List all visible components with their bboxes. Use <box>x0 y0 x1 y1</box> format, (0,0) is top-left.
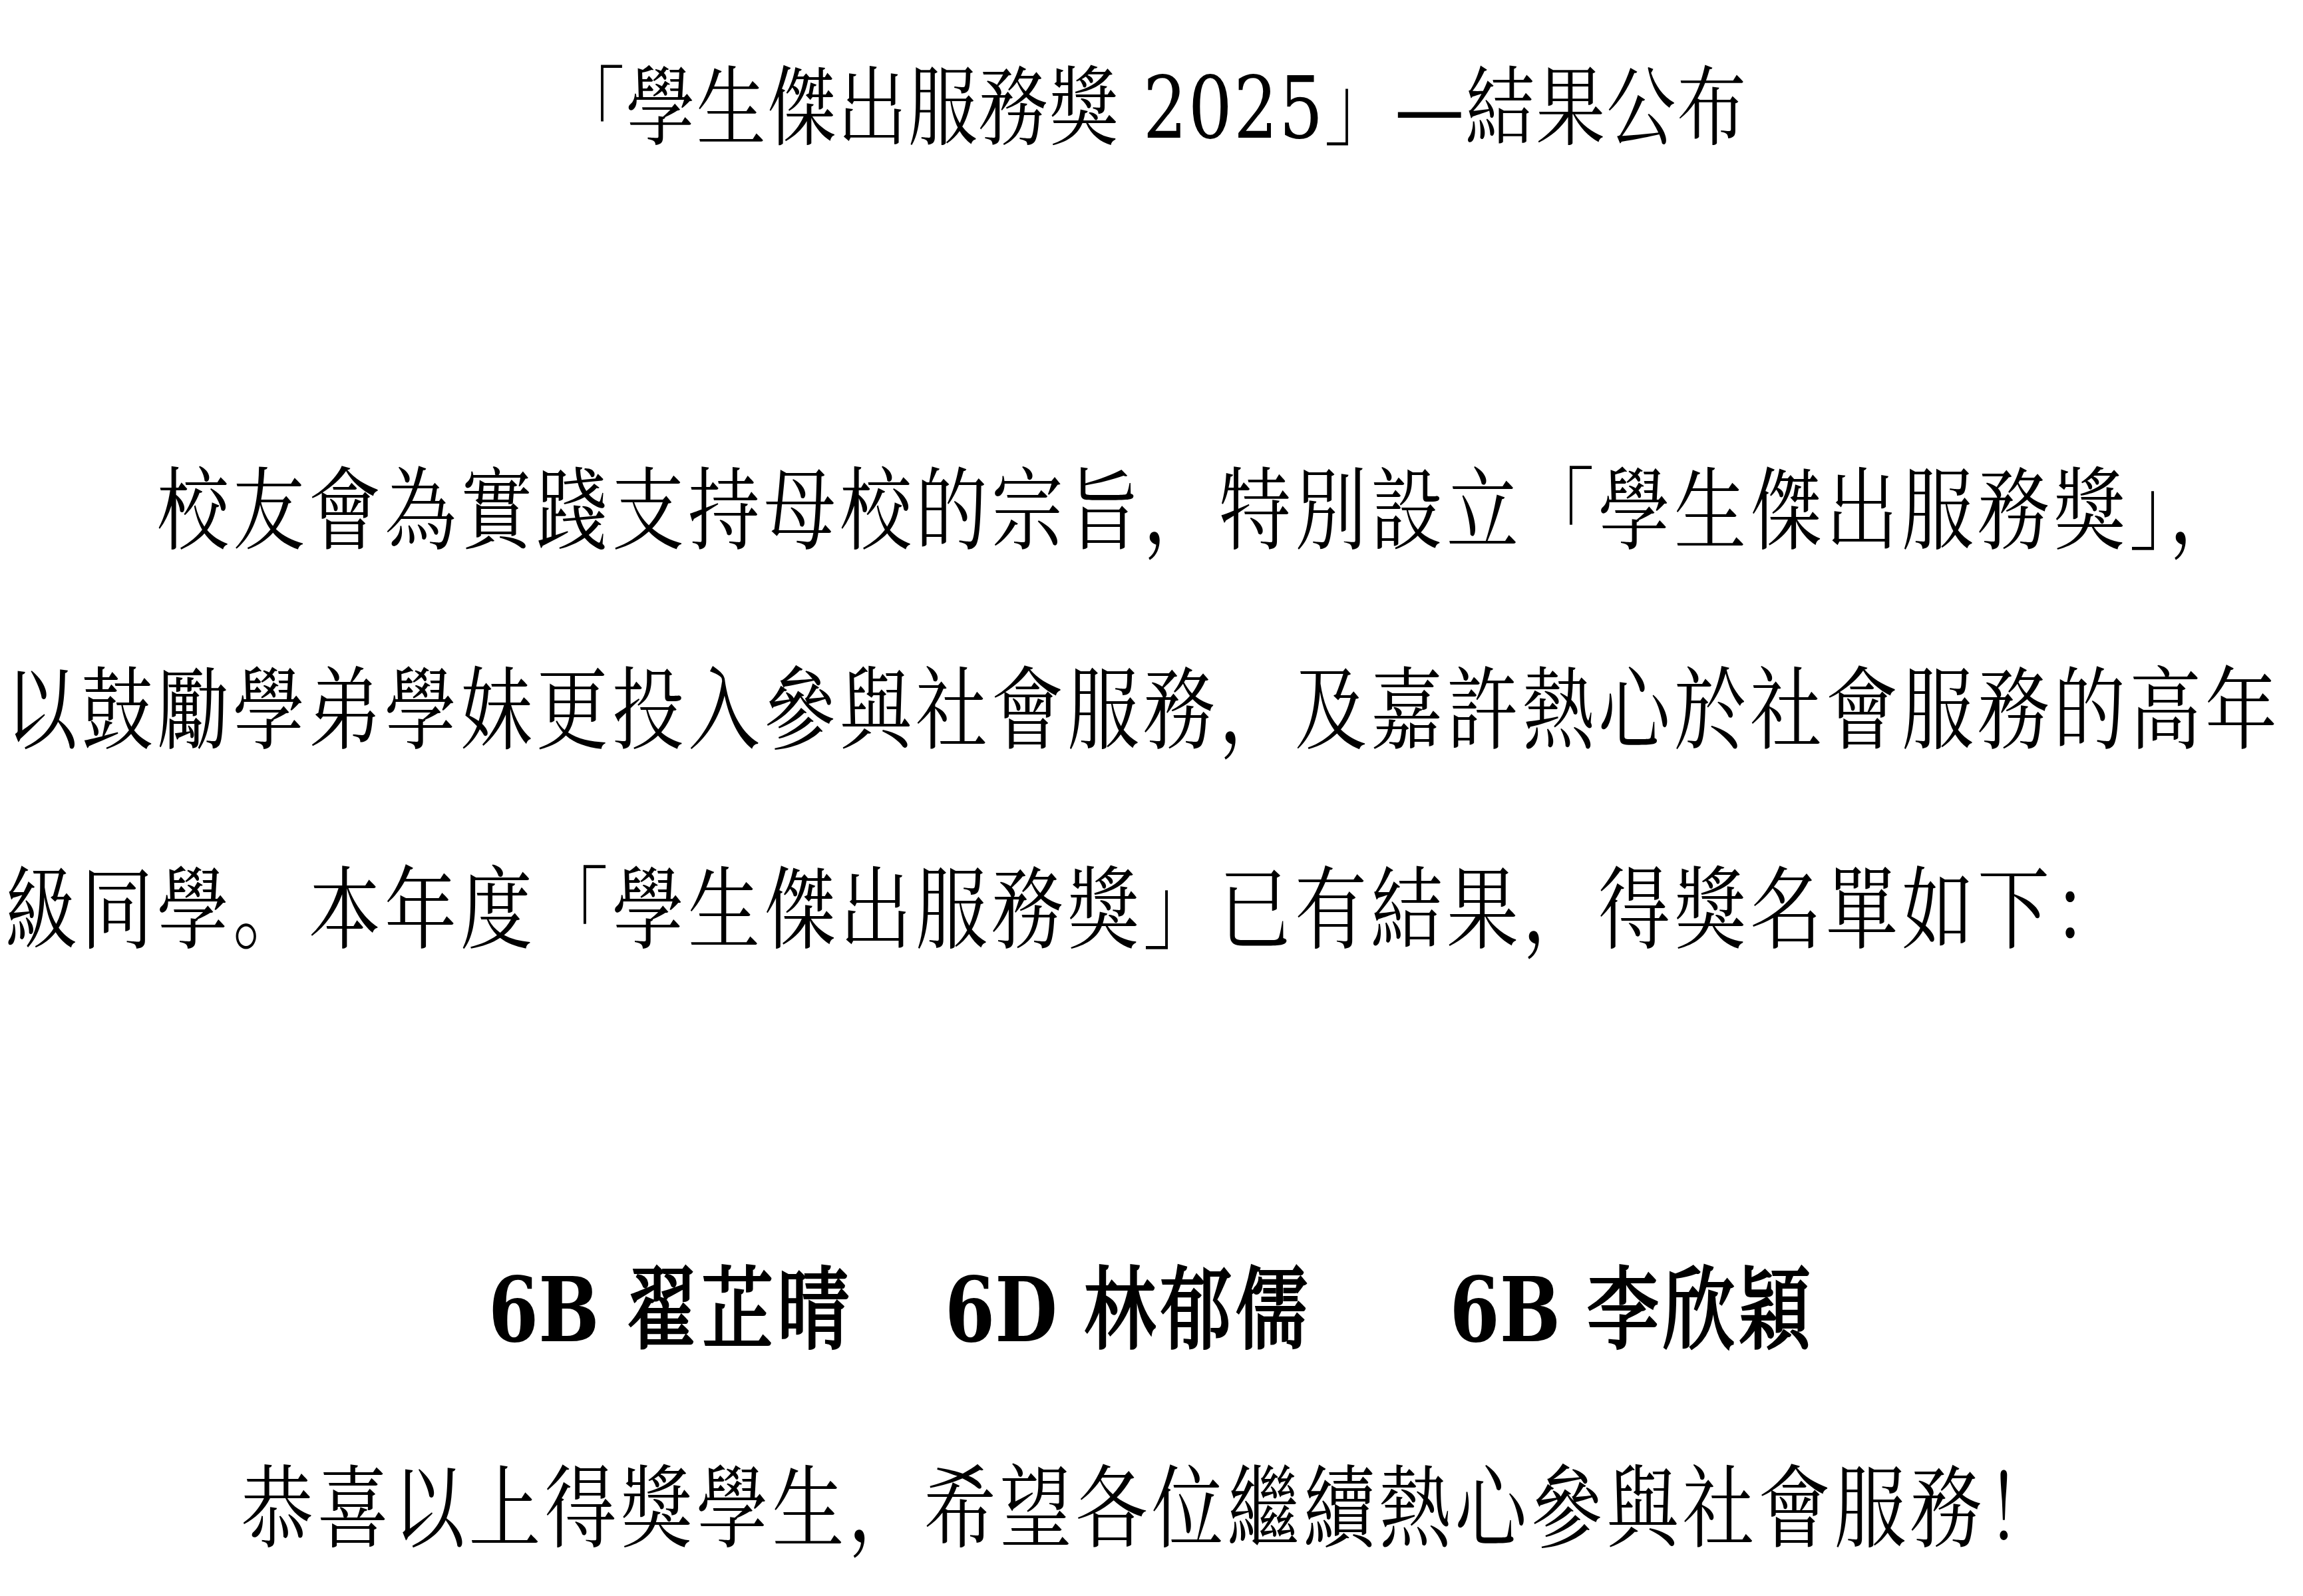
winner-entry: 6B翟芷晴 <box>488 1253 853 1369</box>
winner-name: 林郁儒 <box>1084 1258 1312 1363</box>
winner-name: 翟芷晴 <box>625 1258 853 1363</box>
paragraph-line-text: 以鼓勵學弟學妹更投入參與社會服務，及嘉許熱心於社會服務的高年 <box>5 654 2281 770</box>
paragraph-line: 以鼓勵學弟學妹更投入參與社會服務，及嘉許熱心於社會服務的高年 <box>0 665 2303 758</box>
closing-message: 恭喜以上得獎學生，希望各位繼續熱心參與社會服務！ <box>0 1464 2303 1557</box>
page-title: 「學生傑出服務獎 2025」—結果公布 <box>0 61 2303 154</box>
paragraph-line: 級同學。本年度「學生傑出服務獎」已有結果，得獎名單如下： <box>0 865 2303 958</box>
closing-text: 恭喜以上得獎學生，希望各位繼續熱心參與社會服務！ <box>241 1452 2061 1569</box>
winner-class: 6B <box>1450 1258 1560 1363</box>
winner-entry: 6D林郁儒 <box>945 1253 1312 1369</box>
winner-name: 李欣穎 <box>1587 1258 1815 1363</box>
winner-class: 6D <box>945 1258 1057 1363</box>
paragraph-line-text: 校友會為實踐支持母校的宗旨，特別設立「學生傑出服務獎」， <box>157 454 2245 571</box>
winners-list: 6B翟芷晴 6D林郁儒 6B李欣穎 <box>0 1264 2303 1357</box>
winner-class: 6B <box>488 1258 599 1363</box>
paragraph-line-text: 級同學。本年度「學生傑出服務獎」已有結果，得獎名單如下： <box>5 854 2129 970</box>
winner-entry: 6B李欣穎 <box>1450 1253 1815 1369</box>
paragraph-line: 校友會為實踐支持母校的宗旨，特別設立「學生傑出服務獎」， <box>0 466 2303 559</box>
title-text: 「學生傑出服務獎 2025」—結果公布 <box>556 50 1748 166</box>
